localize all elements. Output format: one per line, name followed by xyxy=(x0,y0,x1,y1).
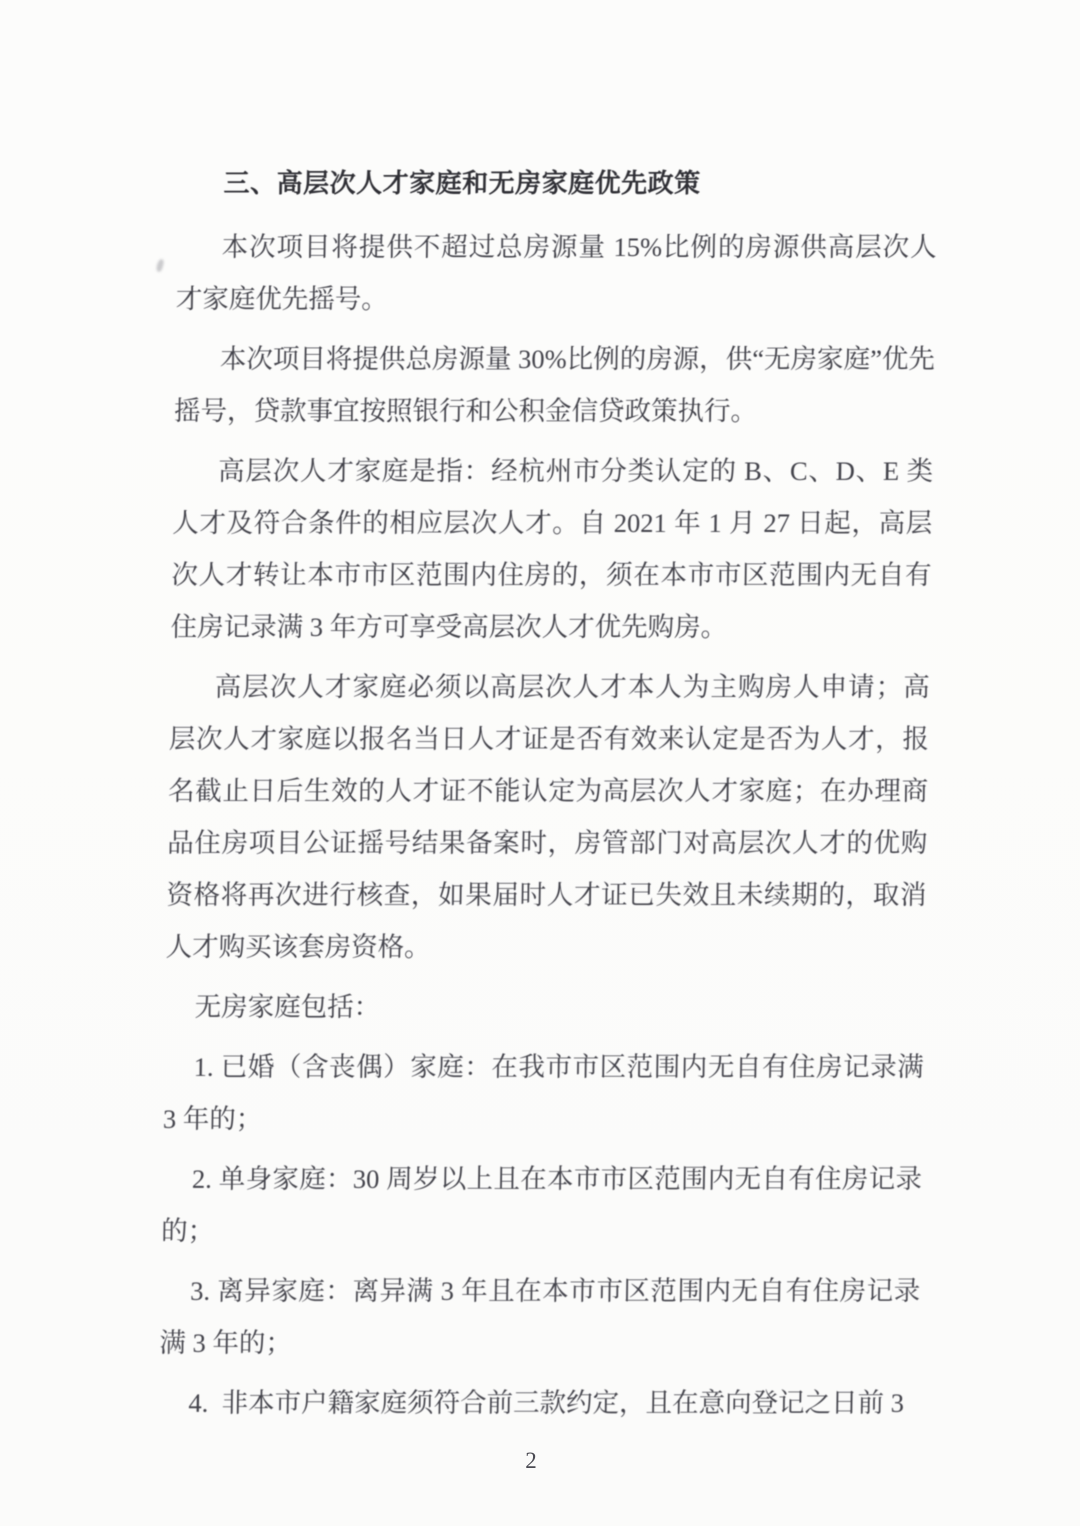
paragraph: 高层次人才家庭必须以高层次人才本人为主购房人申请；高层次人才家庭以报名当日人才证… xyxy=(165,661,930,973)
list-item: 1. 已婚（含丧偶）家庭：在我市市区范围内无自有住房记录满 3 年的； xyxy=(163,1041,925,1145)
paragraph: 本次项目将提供总房源量 30%比例的房源，供“无房家庭”优先摇号，贷款事宜按照银… xyxy=(174,333,936,437)
page-number: 2 xyxy=(0,1448,1062,1474)
scan-artifact-speck xyxy=(156,258,165,272)
section-heading: 三、高层次人才家庭和无房家庭优先政策 xyxy=(177,160,938,206)
list-item: 3. 离异家庭：离异满 3 年且在本市市区范围内无自有住房记录满 3 年的； xyxy=(159,1265,921,1369)
paragraph: 高层次人才家庭是指：经杭州市分类认定的 B、C、D、E 类人才及符合条件的相应层… xyxy=(170,445,933,653)
list-item: 2. 单身家庭：30 周岁以上且在本市市区范围内无自有住房记录的； xyxy=(161,1153,923,1257)
list-item: 4. 非本市户籍家庭须符合前三款约定，且在意向登记之日前 3 xyxy=(158,1377,919,1429)
document-page: 三、高层次人才家庭和无房家庭优先政策 本次项目将提供不超过总房源量 15%比例的… xyxy=(0,0,1080,1526)
document-content: 三、高层次人才家庭和无房家庭优先政策 本次项目将提供不超过总房源量 15%比例的… xyxy=(158,160,938,1437)
paragraph: 本次项目将提供不超过总房源量 15%比例的房源供高层次人才家庭优先摇号。 xyxy=(175,221,937,325)
list-intro: 无房家庭包括： xyxy=(164,981,925,1033)
